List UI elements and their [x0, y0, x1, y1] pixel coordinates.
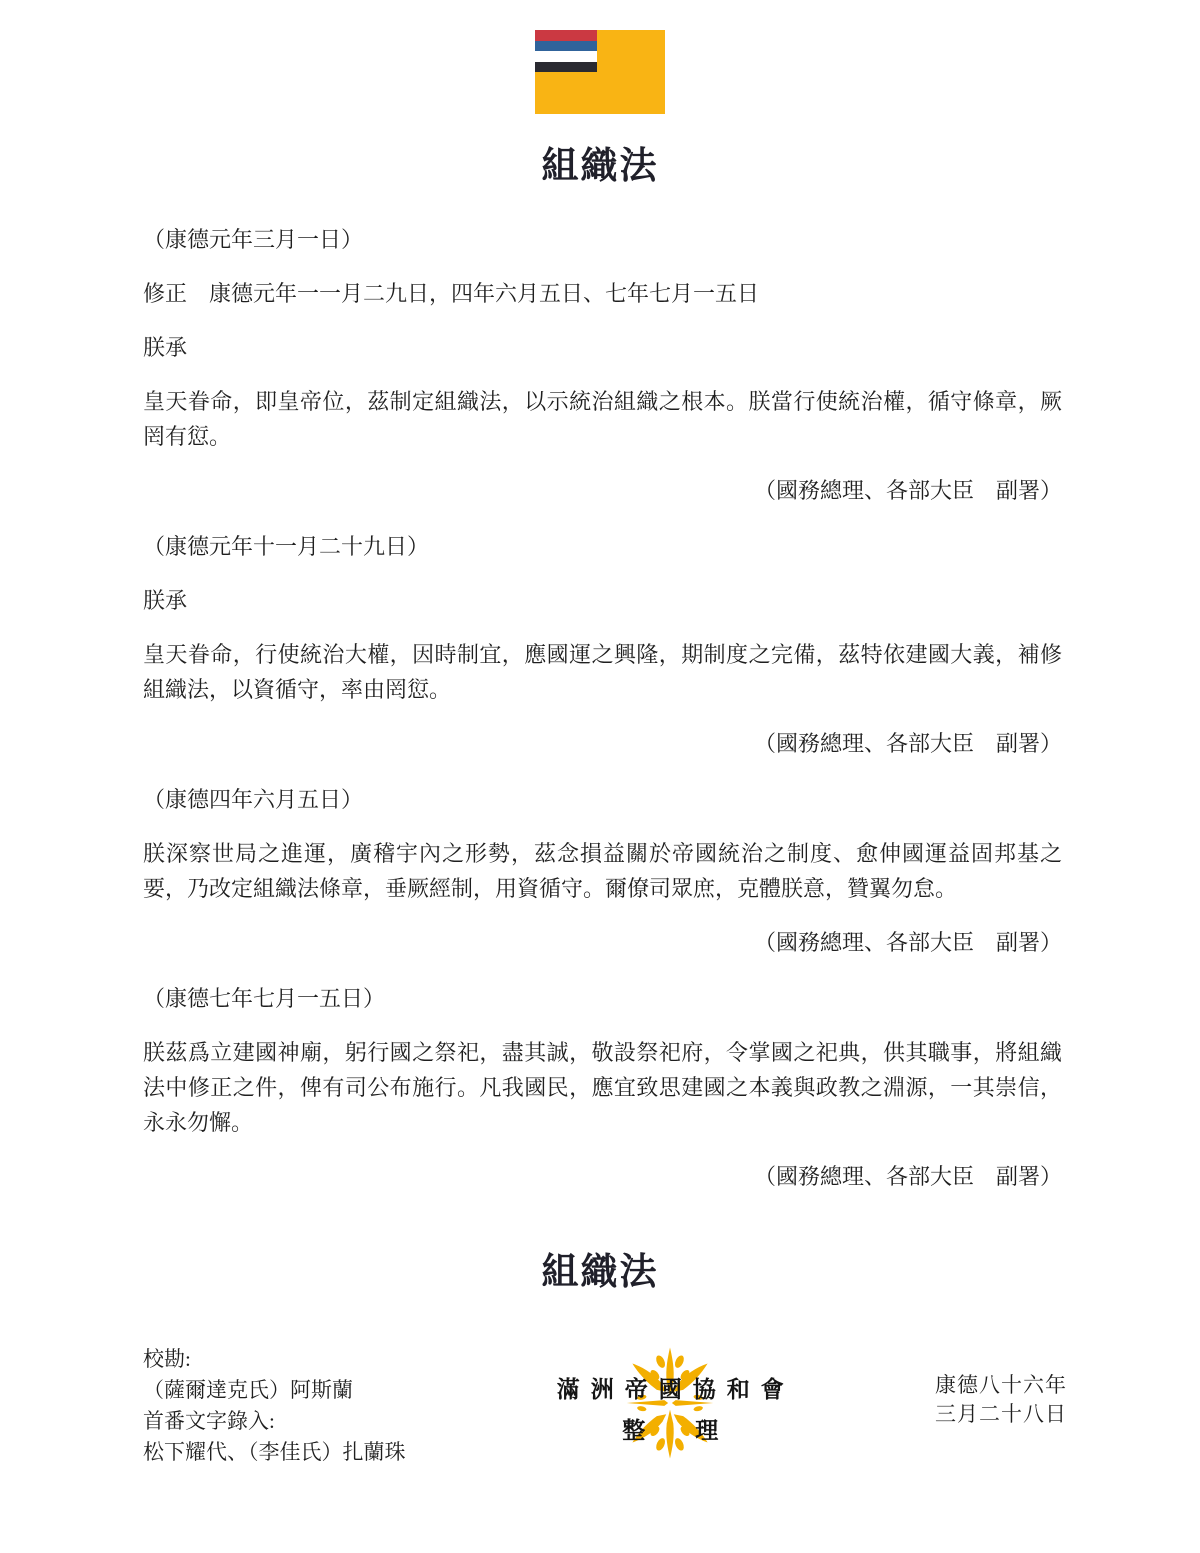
flag-stripe-red [535, 30, 597, 41]
signature-line: （國務總理、各部大臣 副署） [143, 473, 1062, 508]
signature-line: （國務總理、各部大臣 副署） [143, 925, 1062, 960]
seal-text: 滿洲帝國協和會 整理 [505, 1344, 835, 1445]
transcriber-names: 松下耀代、（李佳氏）扎蘭珠 [143, 1437, 406, 1468]
paragraph: 皇天眷命，即皇帝位，茲制定組織法，以示統治組織之根本。朕當行使統治權，循守條章，… [143, 384, 1062, 454]
document-footer: 校勘: （薩爾達克氏）阿斯蘭 首番文字錄入: 松下耀代、（李佳氏）扎蘭珠 [0, 1294, 1200, 1468]
section-date: （康德七年七月一五日） [143, 981, 1062, 1016]
paragraph: 朕承 [143, 583, 1062, 618]
month-day-line: 三月二十八日 [935, 1400, 1067, 1429]
era-year-line: 康德八十六年 [935, 1371, 1067, 1400]
paragraph: 皇天眷命，行使統治大權，因時制宜，應國運之興隆，期制度之完備，茲特依建國大義，補… [143, 637, 1062, 707]
transcription-label: 首番文字錄入: [143, 1406, 406, 1437]
footer-credits: 校勘: （薩爾達克氏）阿斯蘭 首番文字錄入: 松下耀代、（李佳氏）扎蘭珠 [143, 1344, 406, 1468]
signature-line: （國務總理、各部大臣 副署） [143, 1159, 1062, 1194]
proofreader-name: （薩爾達克氏）阿斯蘭 [143, 1375, 406, 1406]
footer-date: 康德八十六年 三月二十八日 [935, 1371, 1067, 1429]
paragraph: 朕茲爲立建國神廟，躬行國之祭祀，盡其誠，敬設祭祀府，令掌國之祀典，供其職事，將組… [143, 1035, 1062, 1140]
concordia-association-label: 滿洲帝國協和會 [505, 1371, 846, 1404]
flag-stripe-white [535, 51, 597, 62]
flag-stripe-blue [535, 41, 597, 52]
amendment-line: 修正 康德元年一一月二九日，四年六月五日、七年七月一五日 [143, 276, 1062, 311]
signature-line: （國務總理、各部大臣 副署） [143, 726, 1062, 761]
flag-stripe-black [535, 62, 597, 73]
section-title-bottom: 組織法 [0, 1250, 1200, 1294]
document-page: 組織法 （康德元年三月一日） 修正 康德元年一一月二九日，四年六月五日、七年七月… [0, 0, 1200, 1553]
paragraph: 朕承 [143, 330, 1062, 365]
flag-canton [535, 30, 597, 72]
paragraph: 朕深察世局之進運，廣稽宇內之形勢，茲念損益關於帝國統治之制度、愈伸國運益固邦基之… [143, 836, 1062, 906]
section-date: （康德元年三月一日） [143, 222, 1062, 257]
compiled-by-label: 整理 [505, 1412, 885, 1445]
document-body: （康德元年三月一日） 修正 康德元年一一月二九日，四年六月五日、七年七月一五日 … [0, 188, 1200, 1194]
footer-seal: 滿洲帝國協和會 整理 [505, 1344, 835, 1445]
page-title: 組織法 [0, 144, 1200, 188]
section-date: （康德四年六月五日） [143, 782, 1062, 817]
proofread-label: 校勘: [143, 1344, 406, 1375]
manchukuo-flag [535, 30, 665, 114]
section-date: （康德元年十一月二十九日） [143, 529, 1062, 564]
